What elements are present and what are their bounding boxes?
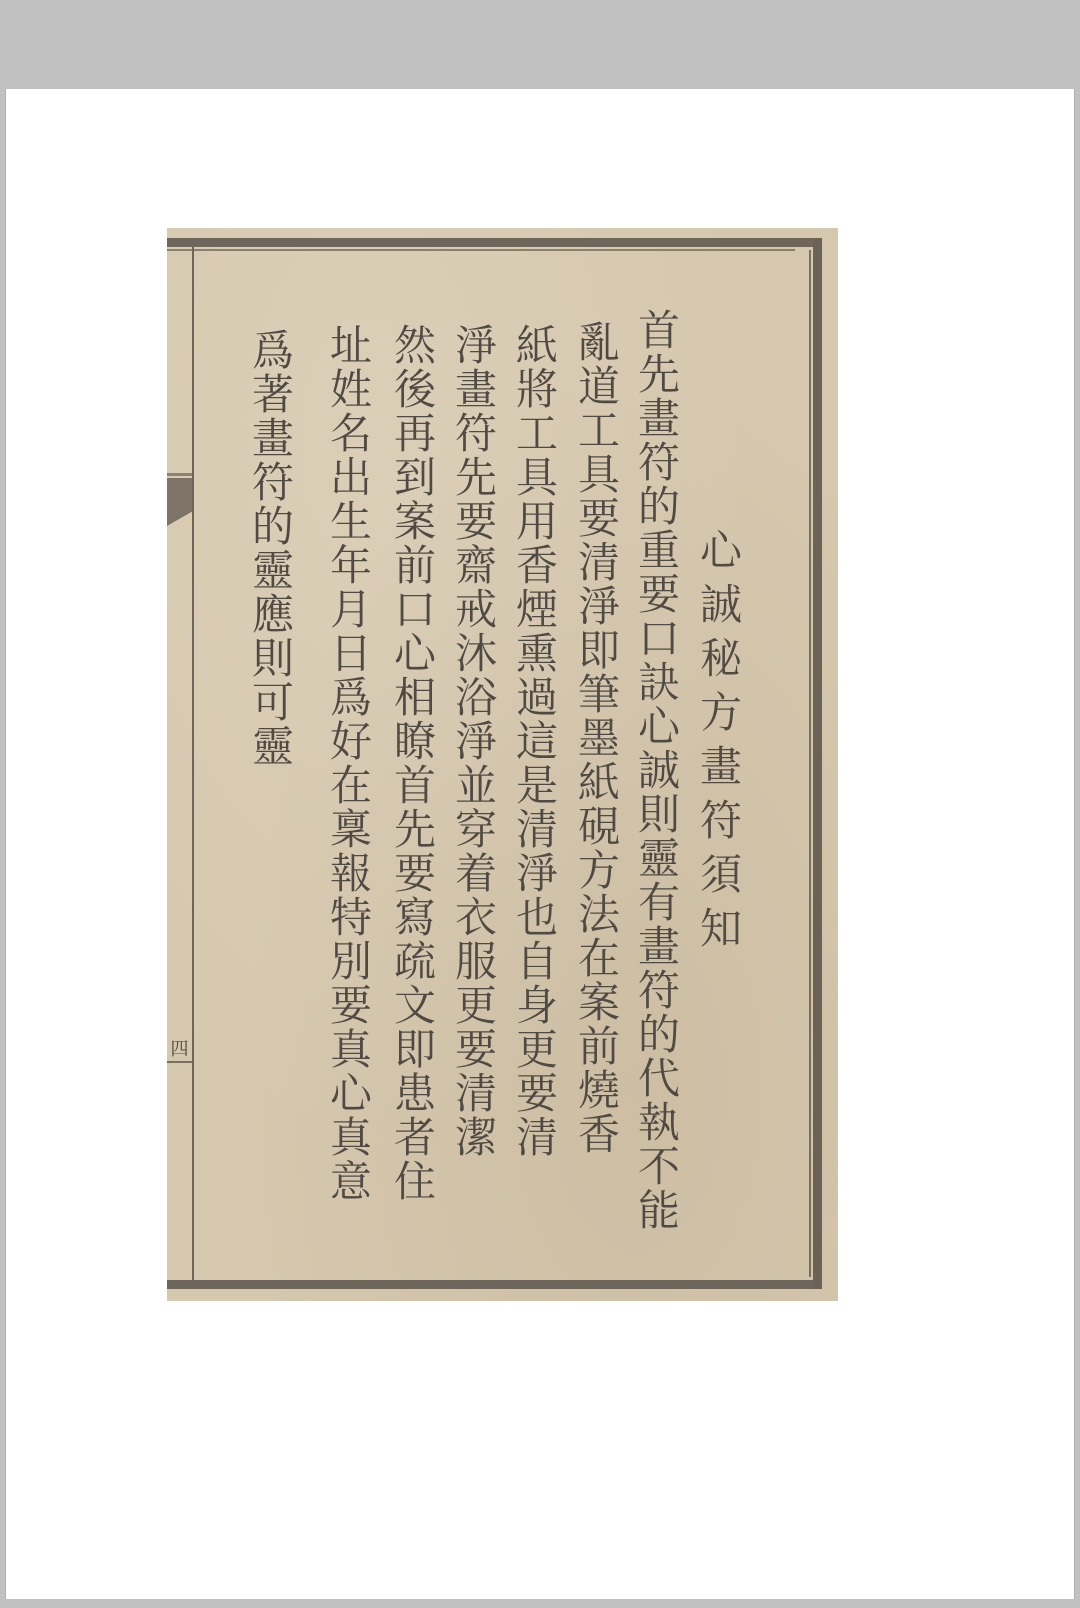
page-number-rule xyxy=(167,1061,192,1063)
frame-border-right xyxy=(813,238,822,1289)
text-column-2: 亂道工具要清淨即筆墨紙硯方法在案前燒香 xyxy=(575,320,617,1156)
frame-inner-line xyxy=(167,249,795,251)
fold-margin-line xyxy=(192,247,194,1280)
viewer-bottom-edge xyxy=(0,1600,1080,1608)
text-column-6: 址姓名出生年月日爲好在稟報特別要真心真意 xyxy=(327,323,369,1203)
scanned-book-page: 四 心誠秘方畫符須知 首先畫符的重要口訣心誠則靈有畫符的代執不能 亂道工具要清淨… xyxy=(167,228,838,1301)
frame-border-bottom xyxy=(167,1280,822,1289)
section-title: 心誠秘方畫符須知 xyxy=(697,528,739,960)
text-column-4: 淨畫符先要齋戒沐浴淨並穿着衣服更要清潔 xyxy=(452,323,494,1159)
text-column-5: 然後再到案前口心相瞭首先要寫疏文即患者住 xyxy=(391,323,433,1203)
viewer-toolbar-area xyxy=(0,0,1080,89)
frame-inner-right-line xyxy=(809,250,811,1277)
frame-border-top xyxy=(167,238,822,247)
fishtail-mark xyxy=(167,478,192,526)
text-column-1: 首先畫符的重要口訣心誠則靈有畫符的代執不能 xyxy=(635,308,677,1232)
text-column-7: 爲著畫符的靈應則可靈 xyxy=(249,328,291,768)
fishtail-rule xyxy=(167,473,192,476)
margin-page-number: 四 xyxy=(167,1035,192,1061)
text-column-3: 紙將工具用香煙熏過這是清淨也自身更要清 xyxy=(513,323,555,1159)
